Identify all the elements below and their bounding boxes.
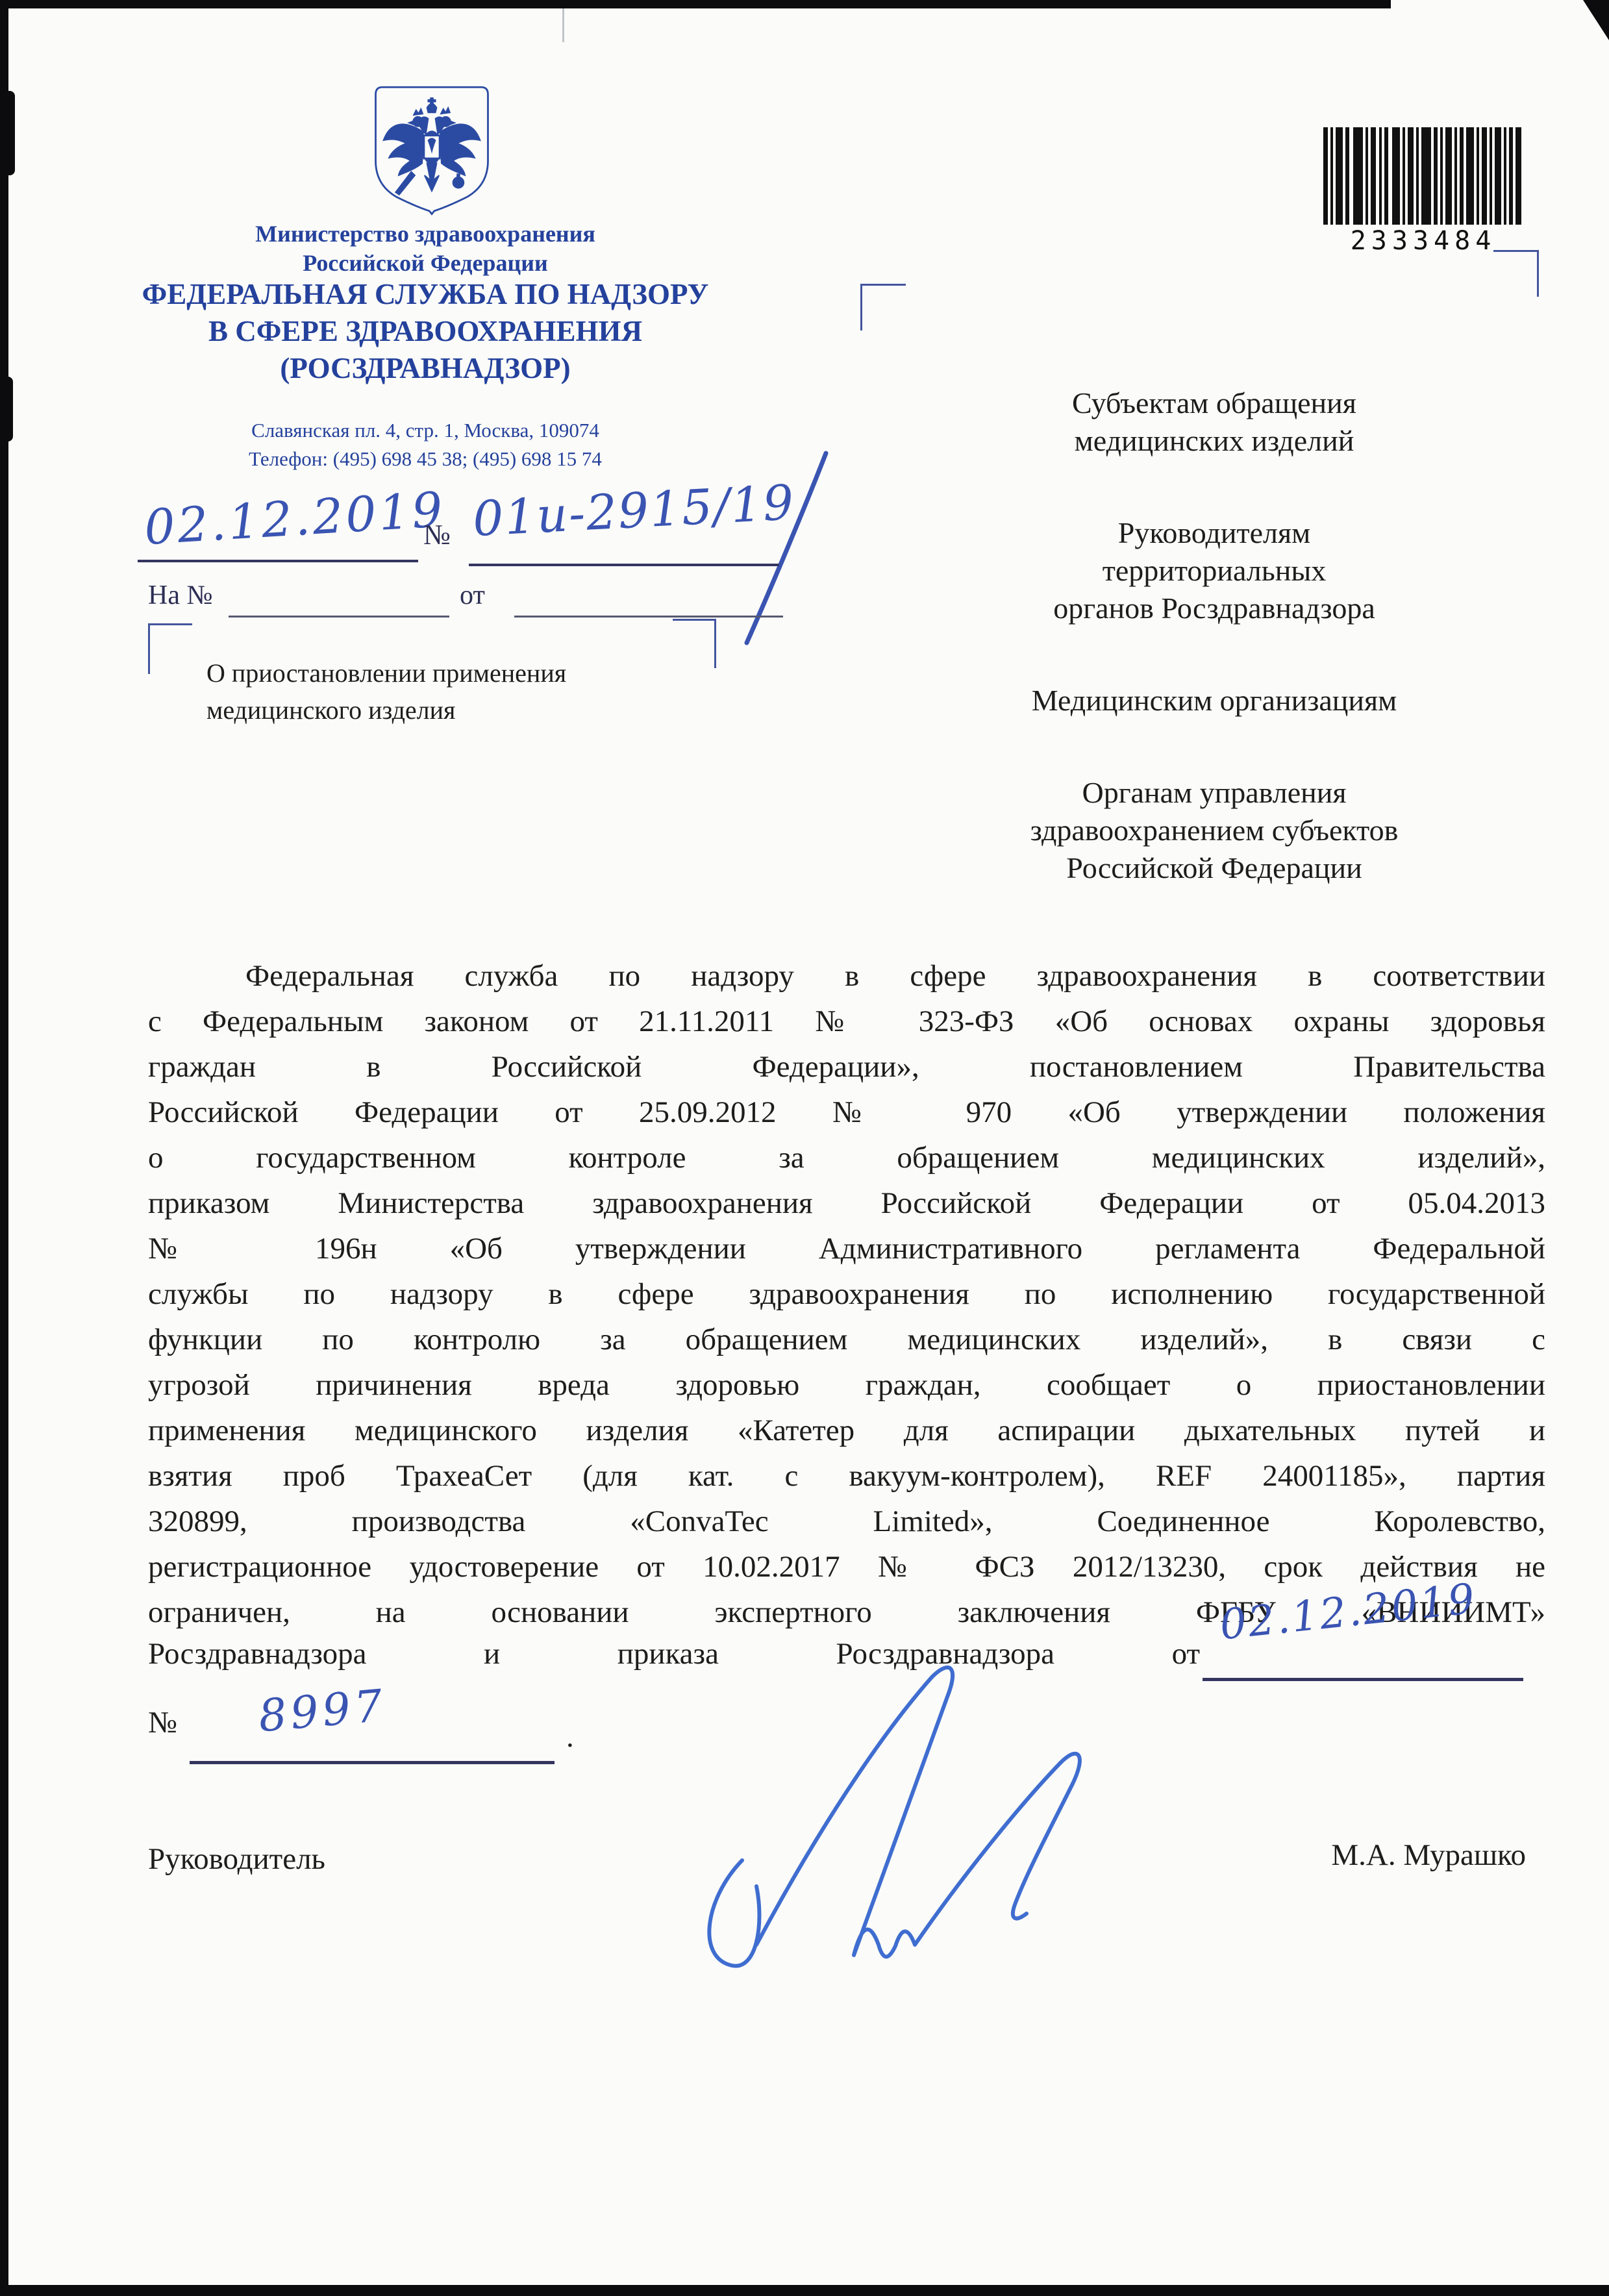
- recipient-corner-mark: [860, 284, 906, 286]
- subject-corner-mark: [148, 623, 150, 674]
- body-line: Российской Федерации от 25.09.2012 № 970…: [148, 1090, 1545, 1135]
- recipient-block: Органам управления здравоохранением субъ…: [929, 774, 1500, 887]
- body-line: применения медицинского изделия «Катетер…: [148, 1408, 1545, 1453]
- number-underline: [469, 564, 779, 566]
- body-line: функции по контролю за обращением медици…: [148, 1317, 1545, 1362]
- handwritten-letter-date: 02.12.2019: [143, 482, 447, 556]
- handwritten-signature: [659, 1666, 1107, 1997]
- recipient-block: Субъектам обращения медицинских изделий: [929, 384, 1500, 460]
- scan-border-top: [0, 0, 1391, 8]
- barcode: 2333484: [1323, 127, 1523, 257]
- body-line: № 196н «Об утверждении Административного…: [148, 1226, 1545, 1271]
- scan-artifact: [562, 8, 564, 42]
- date-underline: [138, 560, 418, 562]
- reply-date-blank: [514, 616, 783, 618]
- agency-phone: Телефон: (495) 698 45 38; (495) 698 15 7…: [101, 445, 750, 473]
- body-line: взятия проб ТрахеаСет (для кат. с вакуум…: [148, 1453, 1545, 1499]
- number-sign: №: [423, 518, 451, 551]
- agency-contacts: Славянская пл. 4, стр. 1, Москва, 109074…: [101, 416, 750, 473]
- scanned-letter-page: Министерство здравоохранения Российской …: [0, 0, 1609, 2296]
- agency-line: В СФЕРЕ ЗДРАВООХРАНЕНИЯ: [101, 313, 750, 350]
- letter-body: Федеральная служба по надзору в сфере зд…: [148, 953, 1545, 1635]
- handwritten-slash-stroke: [734, 448, 838, 649]
- russian-coat-of-arms-icon: [371, 83, 492, 217]
- subject-corner-mark: [148, 623, 192, 625]
- recipient-corner-mark: [1537, 250, 1539, 297]
- recipient-block: Медицинским организациям: [929, 682, 1500, 719]
- body-line: о государственном контроле за обращением…: [148, 1135, 1545, 1180]
- scan-border-left: [0, 0, 8, 2296]
- agency-line: ФЕДЕРАЛЬНАЯ СЛУЖБА ПО НАДЗОРУ: [101, 276, 750, 313]
- subject-corner-mark: [673, 619, 716, 621]
- recipient-corner-mark: [1493, 250, 1539, 252]
- signer-name: М.А. Мурашко: [1263, 1838, 1526, 1873]
- order-number-underline: [190, 1761, 555, 1764]
- scan-border-left-notch: [0, 91, 15, 175]
- recipient-corner-mark: [860, 284, 862, 331]
- body-line: регистрационное удостоверение от 10.02.2…: [148, 1544, 1545, 1590]
- barcode-bars-icon: [1323, 127, 1523, 225]
- scan-border-corner: [1583, 0, 1609, 40]
- body-line: Федеральная служба по надзору в сфере зд…: [148, 953, 1545, 999]
- recipients-list: Субъектам обращения медицинских изделийР…: [929, 384, 1500, 887]
- scan-border-bottom: [0, 2285, 1609, 2296]
- scan-border-left-notch: [0, 377, 13, 442]
- agency-name: ФЕДЕРАЛЬНАЯ СЛУЖБА ПО НАДЗОРУ В СФЕРЕ ЗД…: [101, 276, 750, 387]
- ministry-name: Министерство здравоохранения Российской …: [101, 219, 750, 278]
- body-line: службы по надзору в сфере здравоохранени…: [148, 1271, 1545, 1317]
- letter-subject: О приостановлении применения медицинског…: [206, 655, 713, 729]
- body-line: с Федеральным законом от 21.11.2011 № 32…: [148, 999, 1545, 1044]
- order-date-underline: [1203, 1678, 1523, 1681]
- subject-corner-mark: [714, 619, 716, 668]
- sentence-period: .: [566, 1719, 574, 1754]
- body-line: 320899, производства «ConvaTec Limited»,…: [148, 1499, 1545, 1544]
- body-line: угрозой причинения вреда здоровью гражда…: [148, 1362, 1545, 1408]
- agency-address: Славянская пл. 4, стр. 1, Москва, 109074: [101, 416, 750, 445]
- body-line: граждан в Российской Федерации», постано…: [148, 1044, 1545, 1090]
- reply-from-label: от: [460, 580, 485, 611]
- handwritten-order-number: 8997: [256, 1680, 388, 1743]
- body-line: приказом Министерства здравоохранения Ро…: [148, 1180, 1545, 1226]
- signer-title: Руководитель: [148, 1841, 325, 1877]
- reply-to-label: На №: [148, 580, 213, 611]
- reply-number-blank: [229, 616, 449, 618]
- agency-line: (РОСЗДРАВНАДЗОР): [101, 350, 750, 387]
- recipient-block: Руководителям территориальных органов Ро…: [929, 514, 1500, 627]
- order-number-sign: №: [148, 1705, 177, 1740]
